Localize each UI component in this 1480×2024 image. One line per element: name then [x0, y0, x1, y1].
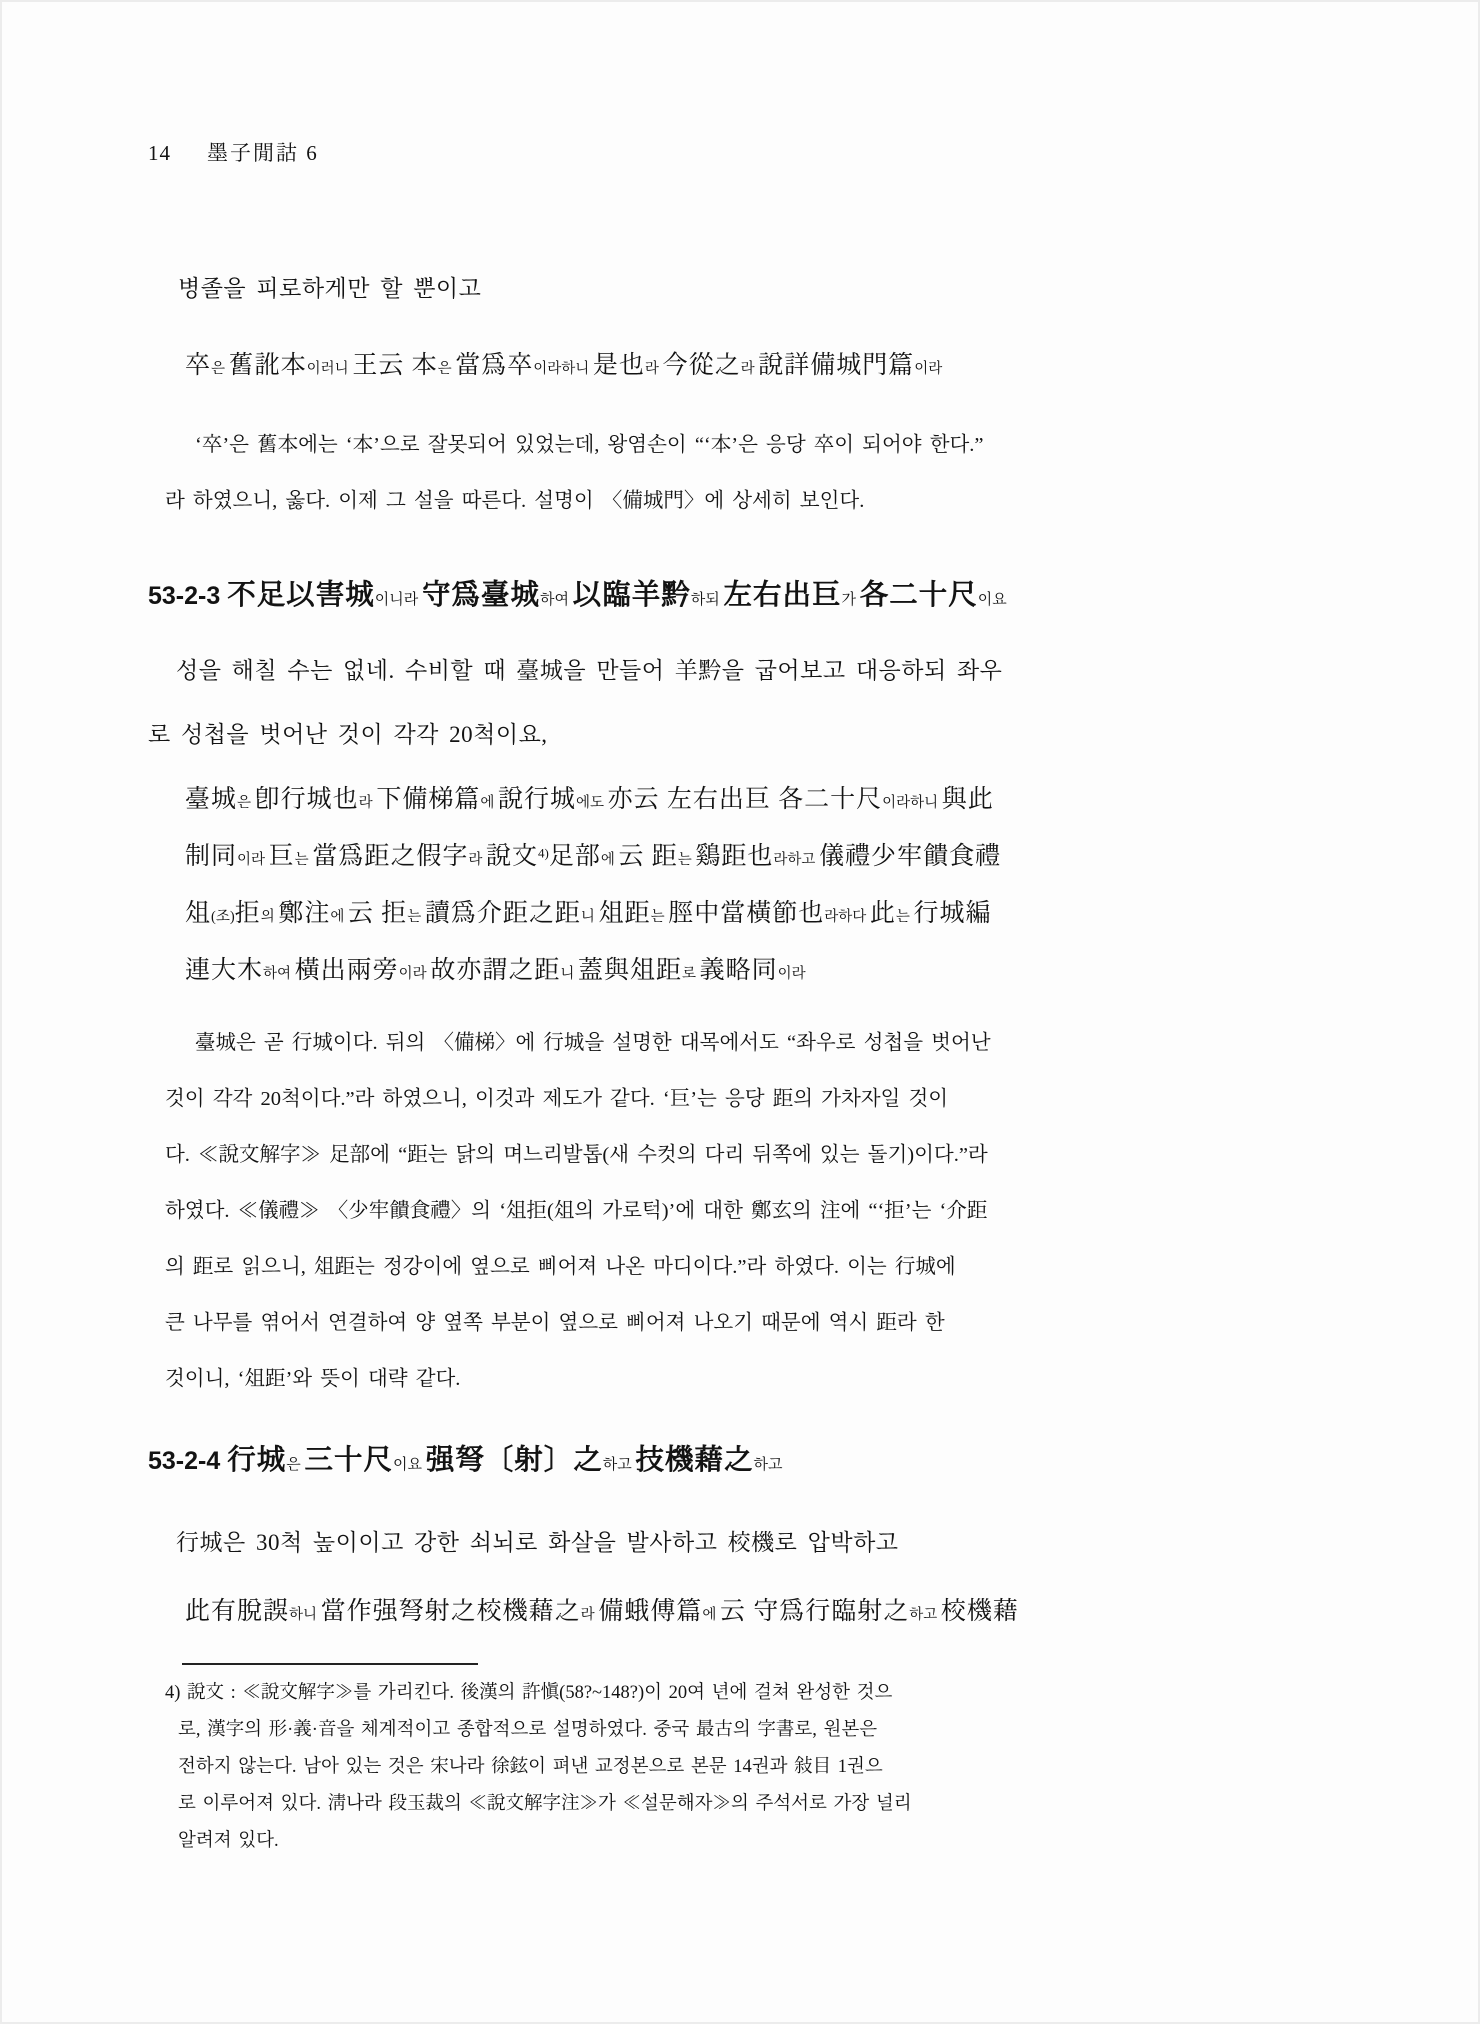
text-line: 此有脫誤하니 當作强弩射之校機藉之라 備蛾傅篇에 云 守爲行臨射之하고 校機藉: [185, 1585, 1330, 1642]
text-segment: 脛中當橫節也: [668, 900, 824, 927]
text-segment: 以臨羊黔: [573, 580, 691, 611]
text-segment: 今從之: [663, 352, 741, 379]
translation-main-prev-section: 병졸을 피로하게만 할 뿐이고: [148, 272, 1330, 306]
text-line: 로 성첩을 벗어난 것이 각각 20척이요,: [148, 703, 1330, 767]
text-segment: 三十尺: [304, 1445, 393, 1476]
text-segment: 는: [651, 909, 669, 925]
text-segment: 에: [480, 795, 498, 811]
text-segment: 不足以害城: [227, 580, 375, 611]
text-line: 로, 漢字의 形·義·音을 체계적이고 종합적으로 설명하였다. 중국 最古의 …: [178, 1712, 1330, 1749]
text-segment: 卒: [185, 352, 211, 379]
text-segment: 이라하니: [533, 361, 593, 377]
text-segment: 4): [538, 846, 549, 861]
document-page: 14墨子閒詁 6 병졸을 피로하게만 할 뿐이고 卒은 舊訛本이러니 王云 本은…: [0, 0, 1480, 2024]
text-line: 4) 說文 : ≪說文解字≫를 가리킨다. 後漢의 許愼(58?~148?)이 …: [178, 1675, 1330, 1712]
text-segment: 行城: [227, 1445, 286, 1476]
text-segment: 하니: [289, 1607, 321, 1623]
text-line: 의 距로 읽으니, 俎距는 정강이에 옆으로 삐어져 나온 마디이다.”라 하였…: [165, 1239, 1330, 1295]
text-segment: 이요: [978, 592, 1007, 608]
text-segment: 가: [841, 592, 859, 608]
text-segment: 라: [581, 1607, 599, 1623]
text-segment: 는: [896, 909, 914, 925]
text-segment: 各二十尺: [860, 580, 978, 611]
text-segment: 巨: [269, 843, 295, 870]
text-segment: 云 拒: [348, 900, 407, 927]
text-line: 行城은 30척 높이이고 강한 쇠뇌로 화살을 발사하고 校機로 압박하고: [148, 1511, 1330, 1575]
text-segment: 이라: [399, 966, 431, 982]
text-segment: 이라: [237, 852, 269, 868]
text-segment: 讀爲介距之距: [425, 900, 581, 927]
text-segment: 라: [359, 795, 377, 811]
text-segment: 校機藉: [941, 1598, 1019, 1625]
text-segment: 舊訛本: [229, 352, 307, 379]
text-segment: 當爲卒: [455, 352, 533, 379]
text-segment: 俎距: [599, 900, 651, 927]
text-segment: 鷄距也: [695, 843, 773, 870]
text-segment: 니: [581, 909, 599, 925]
commentary-translation-53-2-3: 臺城은 곧 行城이다. 뒤의 〈備梯〉에 行城을 설명한 대목에서도 “좌우로 …: [148, 1015, 1330, 1407]
text-line: 것이니, ‘俎距’와 뜻이 대략 같다.: [165, 1351, 1330, 1407]
text-segment: 이러니: [307, 361, 353, 377]
text-line: ‘卒’은 舊本에는 ‘本’으로 잘못되어 있었는데, 왕염손이 “‘本’은 응당…: [165, 417, 1330, 473]
text-segment: 橫出兩旁: [295, 957, 399, 984]
text-segment: 與此: [942, 786, 994, 813]
text-line: 것이 각각 20척이다.”라 하였으니, 이것과 제도가 같다. ‘巨’는 응당…: [165, 1071, 1330, 1127]
text-segment: 義略同: [700, 957, 778, 984]
text-segment: 라: [741, 361, 759, 377]
text-line: 臺城은 곧 行城이다. 뒤의 〈備梯〉에 行城을 설명한 대목에서도 “좌우로 …: [165, 1015, 1330, 1071]
text-segment: 鄭注: [278, 900, 330, 927]
text-segment: 하고: [754, 1457, 783, 1473]
text-segment: 亦云 左右出巨 各二十尺: [608, 786, 883, 813]
text-line: 다. ≪說文解字≫ 足部에 “距는 닭의 며느리발톱(새 수컷의 다리 뒤쪽에 …: [165, 1127, 1330, 1183]
text-segment: 라하다: [824, 909, 870, 925]
text-segment: 足部: [549, 843, 601, 870]
text-segment: 此: [870, 900, 896, 927]
commentary-hanja-53-2-4: 此有脫誤하니 當作强弩射之校機藉之라 備蛾傅篇에 云 守爲行臨射之하고 校機藉: [148, 1585, 1330, 1642]
text-segment: 左右出巨: [723, 580, 841, 611]
text-segment: 라: [468, 852, 486, 868]
text-segment: 은: [286, 1457, 304, 1473]
text-segment: 故亦謂之距: [430, 957, 560, 984]
commentary-hanja-prev-section: 卒은 舊訛本이러니 王云 本은 當爲卒이라하니 是也라 今從之라 說詳備城門篇이…: [148, 346, 1330, 389]
text-segment: 하고: [909, 1607, 941, 1623]
text-segment: 制同: [185, 843, 237, 870]
text-segment: 의: [261, 909, 279, 925]
text-segment: 는: [407, 909, 425, 925]
text-segment: 卽行城也: [255, 786, 359, 813]
footnote-4-seolmun: 4) 說文 : ≪說文解字≫를 가리킨다. 後漢의 許愼(58?~148?)이 …: [148, 1675, 1330, 1860]
text-segment: 守爲臺城: [422, 580, 540, 611]
text-segment: 儀禮少牢饋食禮: [819, 843, 1001, 870]
page-number: 14: [148, 138, 171, 168]
section-heading-53-2-3: 53-2-3 不足以害城이니라 守爲臺城하여 以臨羊黔하되 左右出巨가 各二十尺…: [148, 575, 1330, 621]
text-segment: 에: [601, 852, 619, 868]
text-segment: 是也: [593, 352, 645, 379]
commentary-hanja-53-2-3: 臺城은 卽行城也라 下備梯篇에 說行城에도 亦云 左右出巨 各二十尺이라하니 與…: [148, 773, 1330, 1001]
text-segment: 이라: [914, 361, 942, 377]
text-segment: 에도: [576, 795, 608, 811]
text-segment: 强弩〔射〕之: [426, 1445, 603, 1476]
text-segment: 拒: [235, 900, 261, 927]
text-segment: 王云 本: [352, 352, 437, 379]
text-segment: 行城編: [914, 900, 992, 927]
page-body: 병졸을 피로하게만 할 뿐이고 卒은 舊訛本이러니 王云 本은 當爲卒이라하니 …: [148, 272, 1330, 1642]
text-line: 俎(조)拒의 鄭注에 云 拒는 讀爲介距之距니 俎距는 脛中當橫節也라하다 此는…: [185, 887, 1330, 944]
text-segment: 當作强弩射之校機藉之: [321, 1598, 581, 1625]
text-segment: 云 距: [618, 843, 677, 870]
text-segment: 蓋與俎距: [578, 957, 682, 984]
text-segment: 에: [330, 909, 348, 925]
text-segment: 라하고: [773, 852, 819, 868]
text-segment: 는: [678, 852, 696, 868]
text-line: 큰 나무를 엮어서 연결하여 양 옆쪽 부분이 옆으로 삐어져 나오기 때문에 …: [165, 1295, 1330, 1351]
text-segment: 技機藉之: [635, 1445, 753, 1476]
text-segment: 는: [295, 852, 313, 868]
translation-main-53-2-4: 行城은 30척 높이이고 강한 쇠뇌로 화살을 발사하고 校機로 압박하고: [148, 1511, 1330, 1575]
text-segment: 俎: [185, 900, 211, 927]
text-segment: 53-2-3: [148, 582, 227, 610]
text-line: 制同이라 巨는 當爲距之假字라 說文4)足部에 云 距는 鷄距也라하고 儀禮少牢…: [185, 830, 1330, 887]
footnote-divider: [182, 1663, 478, 1665]
text-segment: 은: [438, 361, 456, 377]
text-segment: 備蛾傅篇: [598, 1598, 702, 1625]
text-segment: 은: [211, 361, 229, 377]
text-line: 라 하였으니, 옳다. 이제 그 설을 따른다. 설명이 〈備城門〉에 상세히 …: [165, 473, 1330, 529]
commentary-translation-prev-section: ‘卒’은 舊本에는 ‘本’으로 잘못되어 있었는데, 왕염손이 “‘本’은 응당…: [148, 417, 1330, 529]
text-line: 성을 해칠 수는 없네. 수비할 때 臺城을 만들어 羊黔을 굽어보고 대응하되…: [148, 639, 1330, 703]
text-segment: 說行城: [498, 786, 576, 813]
footnote-area: 4) 說文 : ≪說文解字≫를 가리킨다. 後漢의 許愼(58?~148?)이 …: [148, 1663, 1330, 1860]
text-segment: 云 守爲行臨射之: [720, 1598, 909, 1625]
text-segment: 53-2-4: [148, 1447, 227, 1475]
text-segment: 連大木: [185, 957, 263, 984]
text-segment: 로: [682, 966, 700, 982]
text-segment: 은: [237, 795, 255, 811]
text-segment: 이라하니: [882, 795, 942, 811]
text-segment: 에: [702, 1607, 720, 1623]
page-header: 14墨子閒詁 6: [148, 138, 1330, 168]
text-segment: 하되: [691, 592, 724, 608]
text-line: 臺城은 卽行城也라 下備梯篇에 說行城에도 亦云 左右出巨 各二十尺이라하니 與…: [185, 773, 1330, 830]
text-segment: (조): [211, 909, 235, 925]
text-line: 로 이루어져 있다. 淸나라 段玉裁의 ≪說文解字注≫가 ≪설문해자≫의 주석서…: [178, 1786, 1330, 1823]
text-segment: 하여: [540, 592, 573, 608]
translation-main-53-2-3: 성을 해칠 수는 없네. 수비할 때 臺城을 만들어 羊黔을 굽어보고 대응하되…: [148, 639, 1330, 767]
text-segment: 臺城: [185, 786, 237, 813]
text-segment: 하고: [603, 1457, 636, 1473]
text-segment: 說詳備城門篇: [758, 352, 914, 379]
section-heading-53-2-4: 53-2-4 行城은 三十尺이요 强弩〔射〕之하고 技機藉之하고: [148, 1440, 1330, 1486]
text-segment: 라: [645, 361, 663, 377]
text-segment: 說文: [486, 843, 538, 870]
text-segment: 이라: [778, 966, 806, 982]
text-line: 하였다. ≪儀禮≫ 〈少牢饋食禮〉의 ‘俎拒(俎의 가로턱)’에 대한 鄭玄의 …: [165, 1183, 1330, 1239]
text-segment: 此有脫誤: [185, 1598, 289, 1625]
text-segment: 下備梯篇: [376, 786, 480, 813]
text-line: 알려져 있다.: [178, 1823, 1330, 1860]
text-segment: 이니라: [375, 592, 422, 608]
text-segment: 하여: [263, 966, 295, 982]
text-line: 전하지 않는다. 남아 있는 것은 宋나라 徐鉉이 펴낸 교정본으로 본문 14…: [178, 1749, 1330, 1786]
text-segment: 當爲距之假字: [312, 843, 468, 870]
book-title: 墨子閒詁 6: [207, 141, 319, 165]
text-line: 連大木하여 橫出兩旁이라 故亦謂之距니 蓋與俎距로 義略同이라: [185, 944, 1330, 1001]
text-segment: 이요: [393, 1457, 426, 1473]
text-segment: 니: [560, 966, 578, 982]
